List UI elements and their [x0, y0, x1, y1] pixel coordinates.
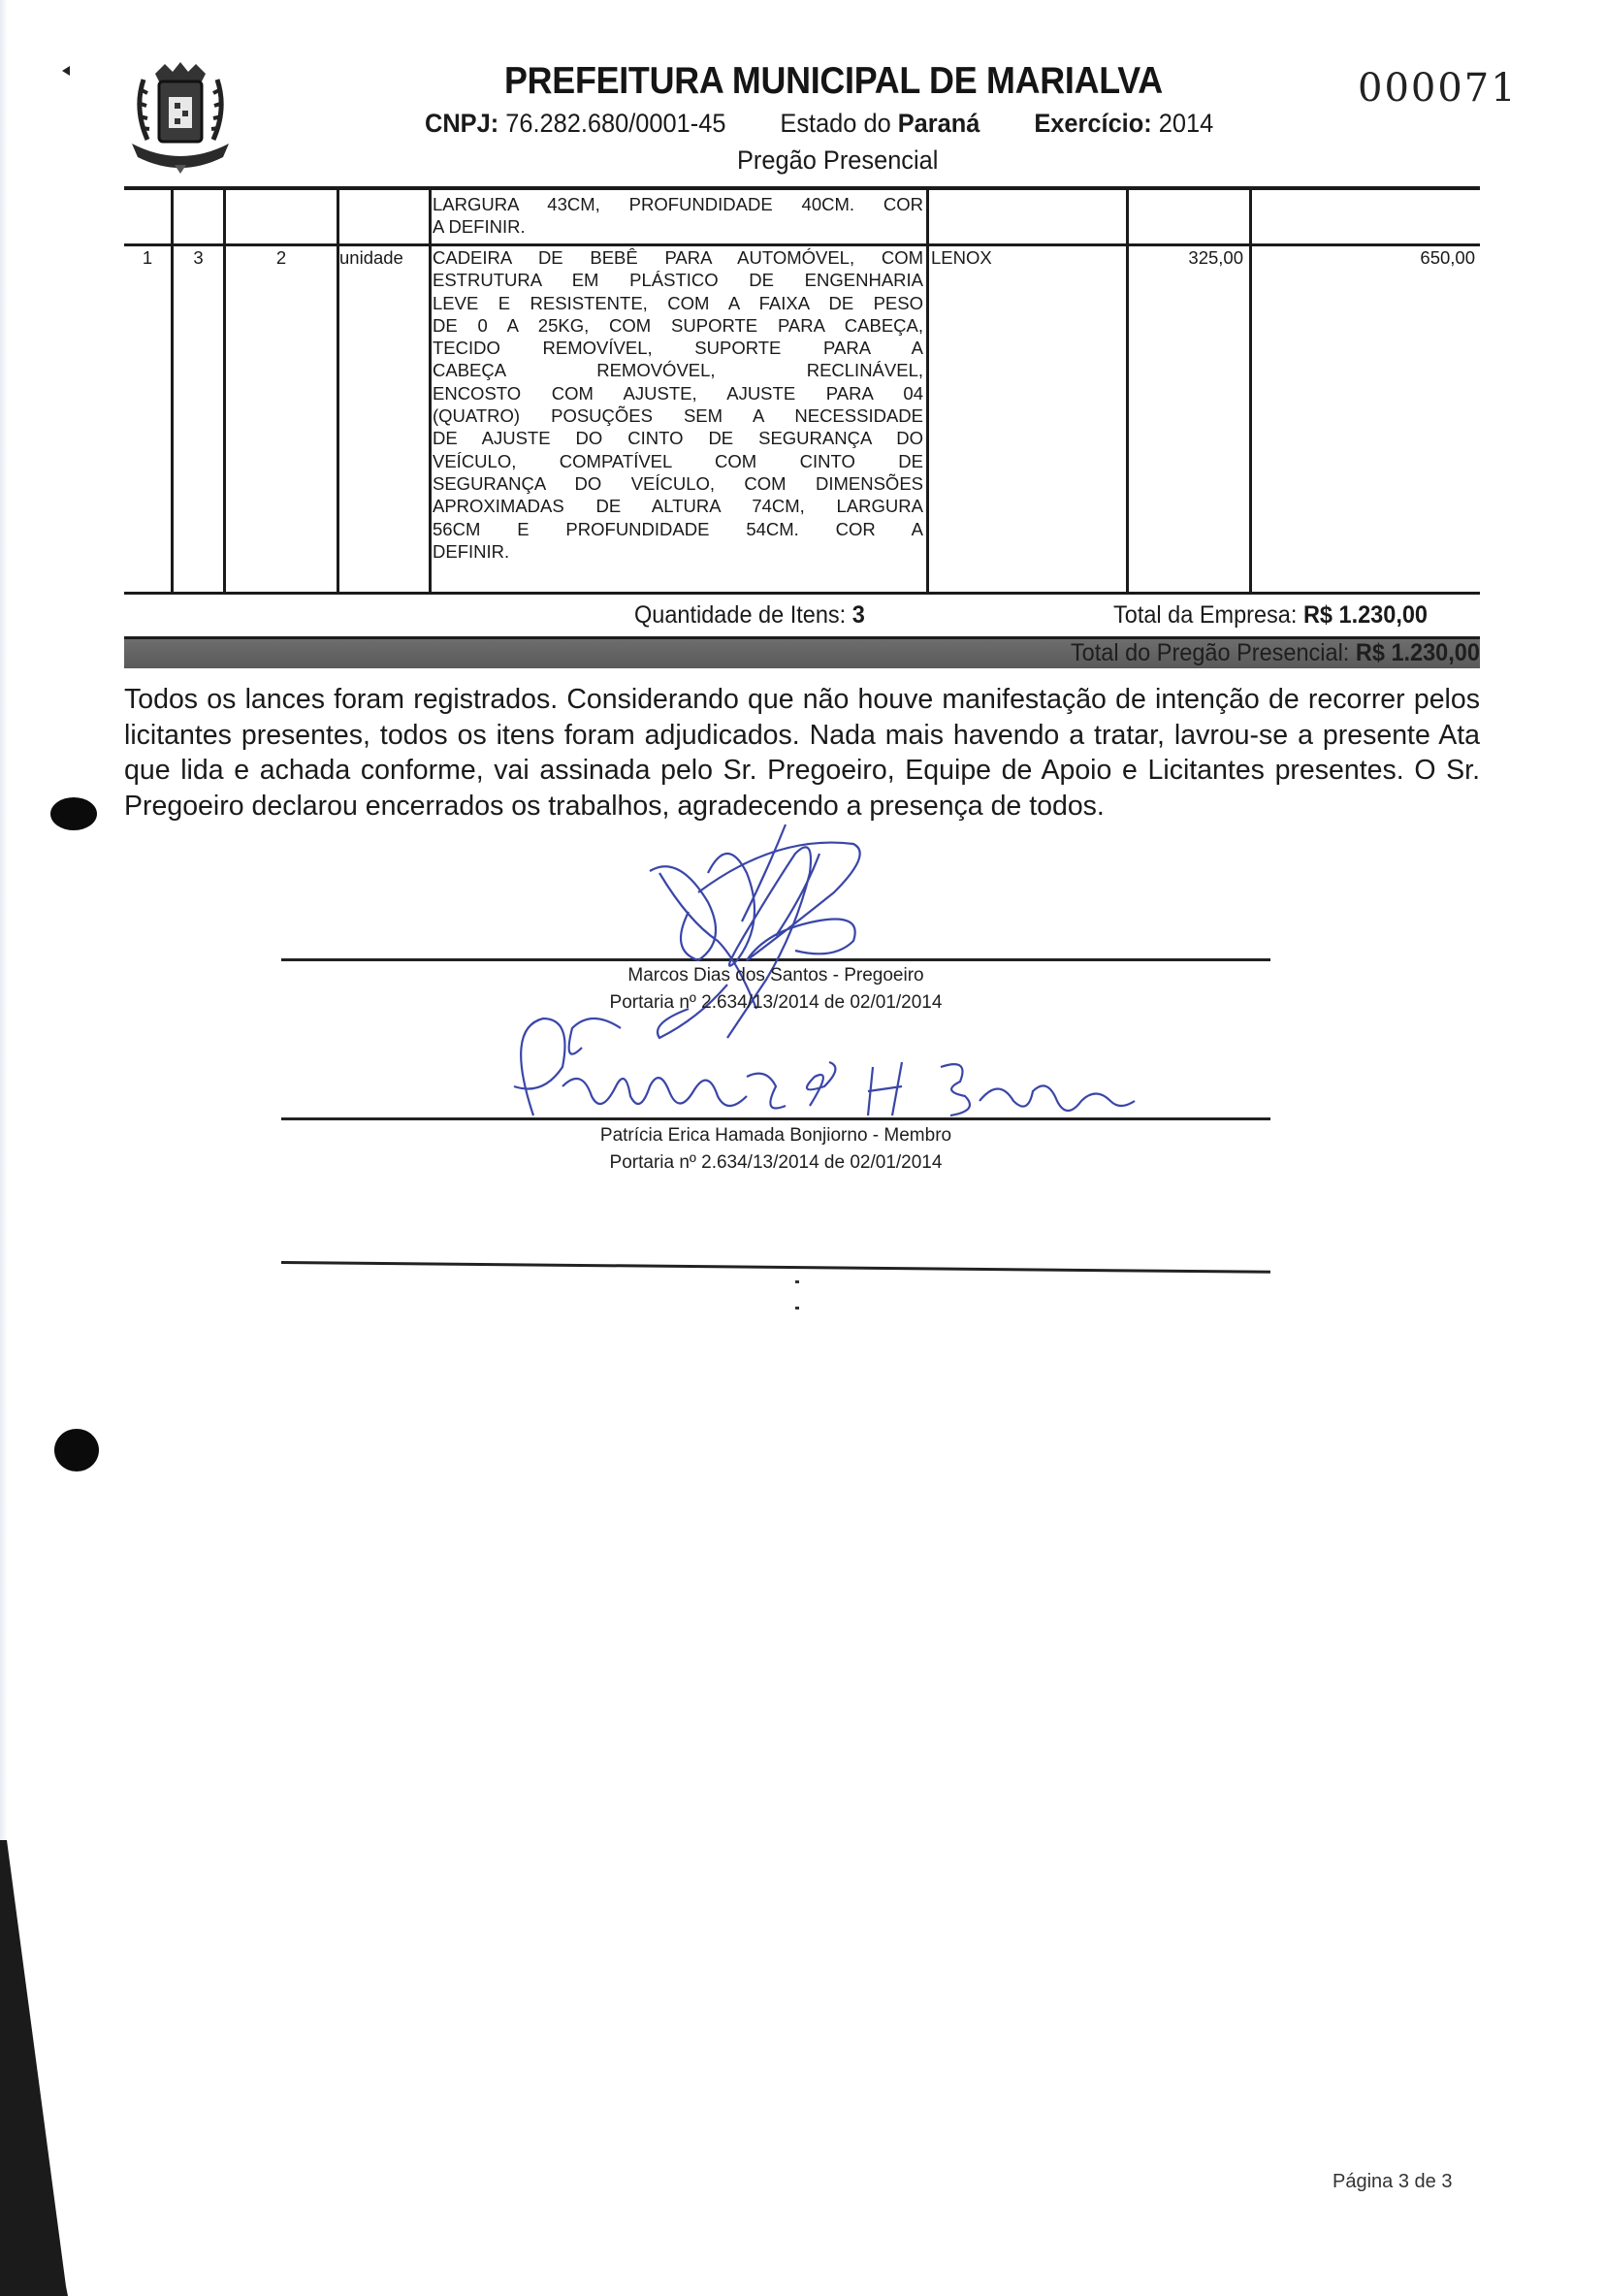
signer-portaria: Portaria nº 2.634/13/2014 de 02/01/2014	[543, 1152, 1009, 1174]
pregao-total-summary: Total do Pregão Presencial: R$ 1.230,00	[1071, 639, 1480, 667]
signer-name-role: Marcos Dias dos Santos - Pregoeiro	[572, 965, 980, 986]
signer-name-role: Patrícia Erica Hamada Bonjiorno - Membro	[543, 1125, 1009, 1147]
document-subtitle: Pregão Presencial	[737, 146, 938, 176]
dash-mark	[795, 1307, 799, 1310]
cell-item: 3	[174, 246, 223, 269]
estado-prefix: Estado do	[780, 109, 890, 138]
cnpj-value: 76.282.680/0001-45	[505, 109, 725, 138]
company-total-summary: Total da Empresa: R$ 1.230,00	[1113, 601, 1428, 630]
municipality-title: PREFEITURA MUNICIPAL DE MARIALVA	[504, 60, 1163, 103]
page-indicator: Página 3 de 3	[1333, 2171, 1452, 2193]
coat-of-arms-icon	[126, 60, 235, 175]
punch-hole-bottom	[54, 1429, 99, 1471]
table-top-border	[124, 186, 1480, 190]
page-number-stamp: 000071	[1358, 66, 1518, 111]
cell-description: CADEIRA DE BEBÊ PARA AUTOMÓVEL, COM ESTR…	[433, 246, 923, 563]
punch-hole-top	[50, 797, 97, 830]
municipal-coat-of-arms-logo	[126, 60, 235, 175]
previous-item-description: LARGURA 43CM, PROFUNDIDADE 40CM. COR A D…	[433, 193, 923, 239]
cell-total-price: 650,00	[1252, 246, 1475, 269]
cell-unit-price: 325,00	[1129, 246, 1243, 269]
cnpj-label: CNPJ:	[425, 109, 498, 138]
header-info-line: CNPJ: 76.282.680/0001-45 Estado do Paran…	[425, 109, 1213, 139]
cell-brand: LENOX	[931, 246, 1123, 269]
cell-lote: 1	[124, 246, 171, 269]
col-divider	[429, 186, 432, 594]
estado-name: Paraná	[898, 109, 980, 138]
handwritten-signature-membro	[485, 1009, 1144, 1125]
margin-arrow-mark	[62, 66, 70, 76]
signature-line-blank	[281, 1261, 1270, 1274]
exercicio-value: 2014	[1159, 109, 1213, 138]
scan-black-wedge	[0, 1840, 68, 2296]
col-divider	[926, 186, 929, 594]
company-total-value: R$ 1.230,00	[1303, 601, 1428, 629]
table-bottom-border	[124, 592, 1480, 595]
items-quantity-value: 3	[852, 601, 865, 629]
cell-quantity: 2	[226, 246, 337, 269]
pregao-total-value: R$ 1.230,00	[1356, 639, 1480, 666]
closing-paragraph: Todos os lances foram registrados. Consi…	[124, 682, 1480, 824]
cell-unit: unidade	[339, 246, 429, 269]
exercicio-label: Exercício:	[1034, 109, 1151, 138]
items-quantity-summary: Quantidade de Itens: 3	[634, 601, 865, 630]
dash-mark	[795, 1280, 799, 1283]
